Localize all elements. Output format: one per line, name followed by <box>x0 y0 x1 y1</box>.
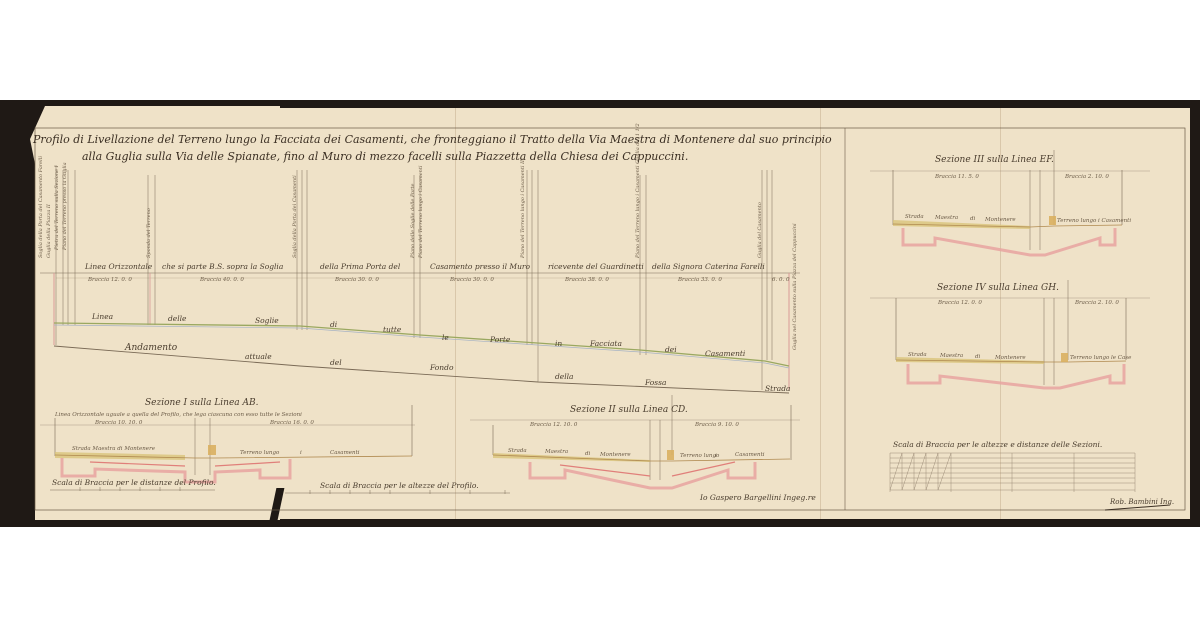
fondo-line-label: Fossa <box>645 378 666 387</box>
section-2-label: Casamenti <box>735 452 765 458</box>
distance-label: Braccia 30. 0. 0 <box>450 277 494 283</box>
section-1-distance: Braccia 10. 10. 0 <box>95 420 142 426</box>
vertical-note: Soglia della Porta dei Casamenti <box>292 175 298 258</box>
section-4-label: Terreno lungo le Case <box>1070 355 1131 361</box>
vertical-note: Pietra del Terreno sulla Sezione I <box>54 165 60 250</box>
section-2-label: Maestra <box>545 449 568 455</box>
section-2-label: Terreno lungo <box>680 453 719 459</box>
vertical-note: Piano del Terreno presso la Guglia <box>62 162 68 250</box>
soglie-line-label: le <box>442 333 449 342</box>
section-4-distance: Braccia 12. 0. 0 <box>938 300 982 306</box>
second-signature: Rob. Bambini Ing. <box>1110 498 1174 506</box>
soglie-line-label: dei <box>665 345 677 354</box>
soglie-line-label: in <box>555 339 562 348</box>
vertical-note: Guglia del Casamento <box>757 202 763 258</box>
fondo-line-label: Andamento <box>125 343 177 353</box>
section-3-label: di <box>970 216 975 222</box>
profile-top-label: della Prima Porta del <box>320 262 400 271</box>
distance-label: Braccia 40. 0. 0 <box>200 277 244 283</box>
soglie-line-label: Casamenti <box>705 349 745 358</box>
section-1-label: Terreno lungo <box>240 450 279 456</box>
soglie-line-label: Porte <box>490 335 510 344</box>
section-1-note: Linea Orizzontale uguale a quella del Pr… <box>55 412 302 418</box>
scale-sections: Scala di Braccia per le altezze e distan… <box>893 440 1102 449</box>
profile-top-label: ricevente del Guardinetti <box>548 262 644 271</box>
section-3-label: Terreno lungo i Casamenti <box>1057 218 1131 224</box>
distance-label: 6. 0. 0 <box>772 277 790 283</box>
section-4-label: Strada <box>908 352 927 358</box>
section-2-label: i <box>715 453 717 459</box>
section-3-label: Strada <box>905 214 924 220</box>
profile-top-label: che si parte B.S. sopra la Soglia <box>162 262 283 271</box>
section-2-label: Strada <box>508 448 527 454</box>
soglie-line-label: Linea <box>92 312 113 321</box>
scale-profile-distances: Scala di Braccia per le distanze del Pro… <box>52 478 216 487</box>
vertical-note: Piano del Terreno lungo i Casamenti <box>418 166 424 259</box>
section-4-distance: Braccia 2. 10. 0 <box>1075 300 1119 306</box>
soglie-line-label: Facciata <box>590 339 622 348</box>
distance-label: Braccia 30. 0. 0 <box>335 277 379 283</box>
section-1-label: i <box>300 450 302 456</box>
section-2-distance: Braccia 12. 10. 0 <box>530 422 577 428</box>
document-title-line-2: alla Guglia sulla Via delle Spianate, fi… <box>82 150 688 163</box>
soglie-line-label: di <box>330 320 337 329</box>
vertical-note: Sponda del Terreno <box>146 208 152 258</box>
profile-top-label: della Signora Caterina Farelli <box>652 262 765 271</box>
section-3-label: Montenere <box>985 217 1016 223</box>
fondo-line-label: Fondo <box>430 363 453 372</box>
fondo-line-label: del <box>330 358 342 367</box>
vertical-note: Soglia della Porta del Casamento Farelli <box>38 156 44 258</box>
section-3-label: Maestra <box>935 215 958 221</box>
section-3-distance: Braccia 11. 5. 0 <box>935 174 979 180</box>
profile-top-label: Casamento presso il Muro <box>430 262 530 271</box>
section-2-title: Sezione II sulla Linea CD. <box>570 405 688 415</box>
soglie-line-label: tutte <box>383 325 401 334</box>
section-1-label: Strada Maestra di Montenere <box>72 446 155 452</box>
section-4-label: di <box>975 354 980 360</box>
fondo-line-label: attuale <box>245 352 272 361</box>
section-2-label: Montenere <box>600 452 631 458</box>
distance-label: Braccia 38. 0. 0 <box>565 277 609 283</box>
soglie-line-label: delle <box>168 314 186 323</box>
section-1-label: Casamenti <box>330 450 360 456</box>
document-title-line-1: Profilo di Livellazione del Terreno lung… <box>33 133 832 146</box>
vertical-note: Guglia della Piazza II <box>46 204 52 258</box>
section-4-label: Maestra <box>940 353 963 359</box>
surveyor-signature: Io Gaspero Bargellini Ingeg.re <box>700 493 816 502</box>
section-2-distance: Braccia 9. 10. 0 <box>695 422 739 428</box>
section-3-title: Sezione III sulla Linea EF. <box>935 155 1054 165</box>
section-4-label: Montenere <box>995 355 1026 361</box>
distance-label: Braccia 12. 0. 0 <box>88 277 132 283</box>
section-2-label: di <box>585 451 590 457</box>
distance-label: Braccia 33. 0. 0 <box>678 277 722 283</box>
section-1-distance: Braccia 16. 0. 0 <box>270 420 314 426</box>
section-3-distance: Braccia 2. 10. 0 <box>1065 174 1109 180</box>
section-1-title: Sezione I sulla Linea AB. <box>145 398 259 408</box>
vertical-note: Piano delle Soglie delle Porte <box>410 184 416 259</box>
vertical-note: Guglia nel Casamento sulla Piazza del Ca… <box>792 223 798 350</box>
soglie-line-label: Soglie <box>255 316 279 325</box>
scale-profile-heights: Scala di Braccia per le altezze del Prof… <box>320 481 479 490</box>
section-4-title: Sezione IV sulla Linea GH. <box>937 283 1059 293</box>
profile-top-label: Linea Orizzontale <box>85 262 152 271</box>
vertical-note: Piano del Terreno lungo i Casamenti III <box>520 158 526 258</box>
vertical-note: Piano del Terreno lungo i Casamenti Gugl… <box>635 123 641 258</box>
fondo-line-label: Strada <box>765 384 790 393</box>
fondo-line-label: della <box>555 372 574 381</box>
